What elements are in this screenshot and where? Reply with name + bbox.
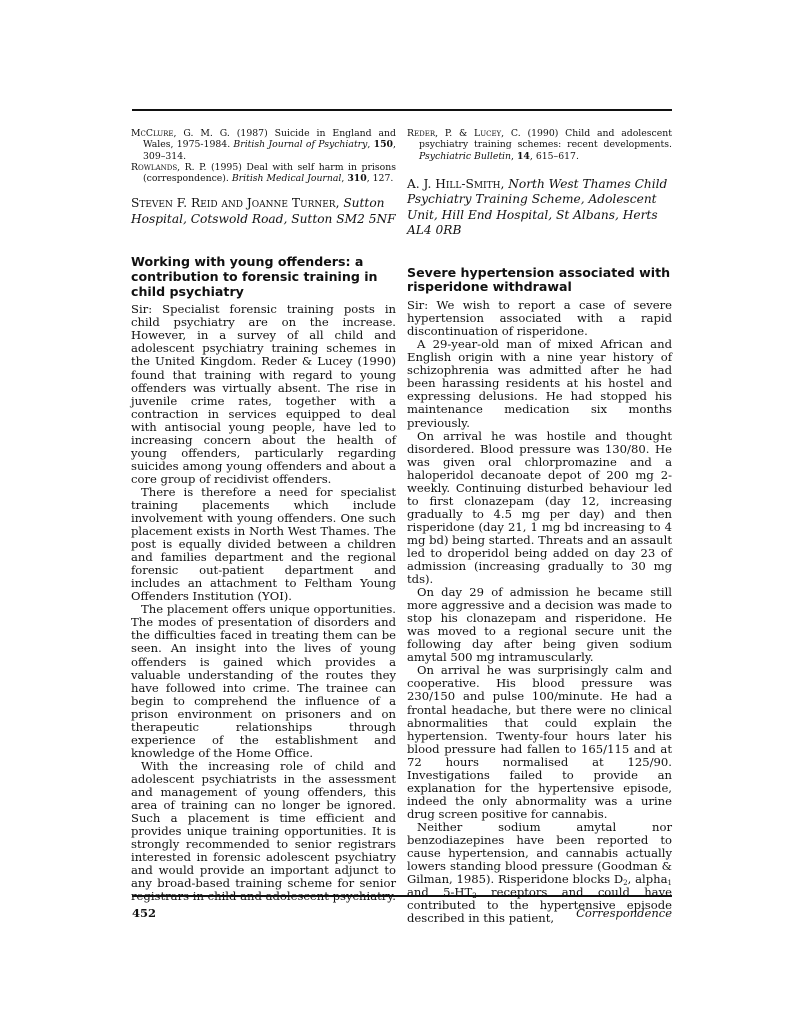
author-signature: A. J. Hill-Smith, North West Thames Chil… — [407, 177, 672, 239]
author-names: Steven F. Reid and Joanne Turner — [131, 196, 336, 210]
top-rule — [132, 109, 672, 111]
bottom-rule — [132, 895, 672, 897]
author-signature: Steven F. Reid and Joanne Turner, Sutton… — [131, 196, 396, 227]
paragraph: Sir: Specialist forensic training posts … — [131, 303, 396, 486]
paragraph: With the increasing role of child and ad… — [131, 760, 396, 904]
reference-authors: Reder, P. & Lucey, C. — [407, 128, 521, 139]
article-title: Working with young offenders: a contribu… — [131, 255, 396, 299]
paragraph: There is therefore a need for specialist… — [131, 486, 396, 603]
reference-volume: 310 — [347, 173, 366, 184]
right-column: Reder, P. & Lucey, C. (1990) Child and a… — [407, 128, 672, 925]
paragraph-text: and 5-HT — [407, 885, 472, 899]
paragraph: On day 29 of admission he became still m… — [407, 586, 672, 664]
paragraph: On arrival he was surprisingly calm and … — [407, 664, 672, 821]
reference-authors: Rowlands, R. P. — [131, 162, 206, 173]
page-number: 452 — [132, 906, 156, 920]
reference-volume: 150 — [374, 139, 393, 150]
section-name: Correspondence — [576, 906, 672, 920]
article-body: Sir: Specialist forensic training posts … — [131, 303, 396, 903]
reference-journal: British Medical Journal — [232, 173, 342, 184]
reference-pages: , 615–617. — [530, 151, 579, 162]
article-body: Sir: We wish to report a case of severe … — [407, 299, 672, 925]
paragraph: On arrival he was hostile and thought di… — [407, 430, 672, 587]
reference-volume: 14 — [517, 151, 530, 162]
journal-page: McClure, G. M. G. (1987) Suicide in Engl… — [0, 0, 800, 1036]
author-names: A. J. Hill-Smith — [407, 177, 500, 191]
reference-entry: McClure, G. M. G. (1987) Suicide in Engl… — [131, 128, 396, 162]
paragraph: The placement offers unique opportunitie… — [131, 603, 396, 760]
reference-journal: British Journal of Psychiatry — [233, 139, 367, 150]
article-title: Severe hypertension associated with risp… — [407, 266, 672, 295]
reference-pages: , 127. — [367, 173, 394, 184]
reference-entry: Reder, P. & Lucey, C. (1990) Child and a… — [407, 128, 672, 162]
reference-entry: Rowlands, R. P. (1995) Deal with self ha… — [131, 162, 396, 185]
reference-journal: Psychiatric Bulletin — [419, 151, 511, 162]
left-column: McClure, G. M. G. (1987) Suicide in Engl… — [131, 128, 396, 903]
paragraph-text: , alpha — [628, 872, 668, 886]
reference-authors: McClure, G. M. G. — [131, 128, 230, 139]
paragraph: A 29-year-old man of mixed African and E… — [407, 338, 672, 429]
paragraph: Sir: We wish to report a case of severe … — [407, 299, 672, 338]
